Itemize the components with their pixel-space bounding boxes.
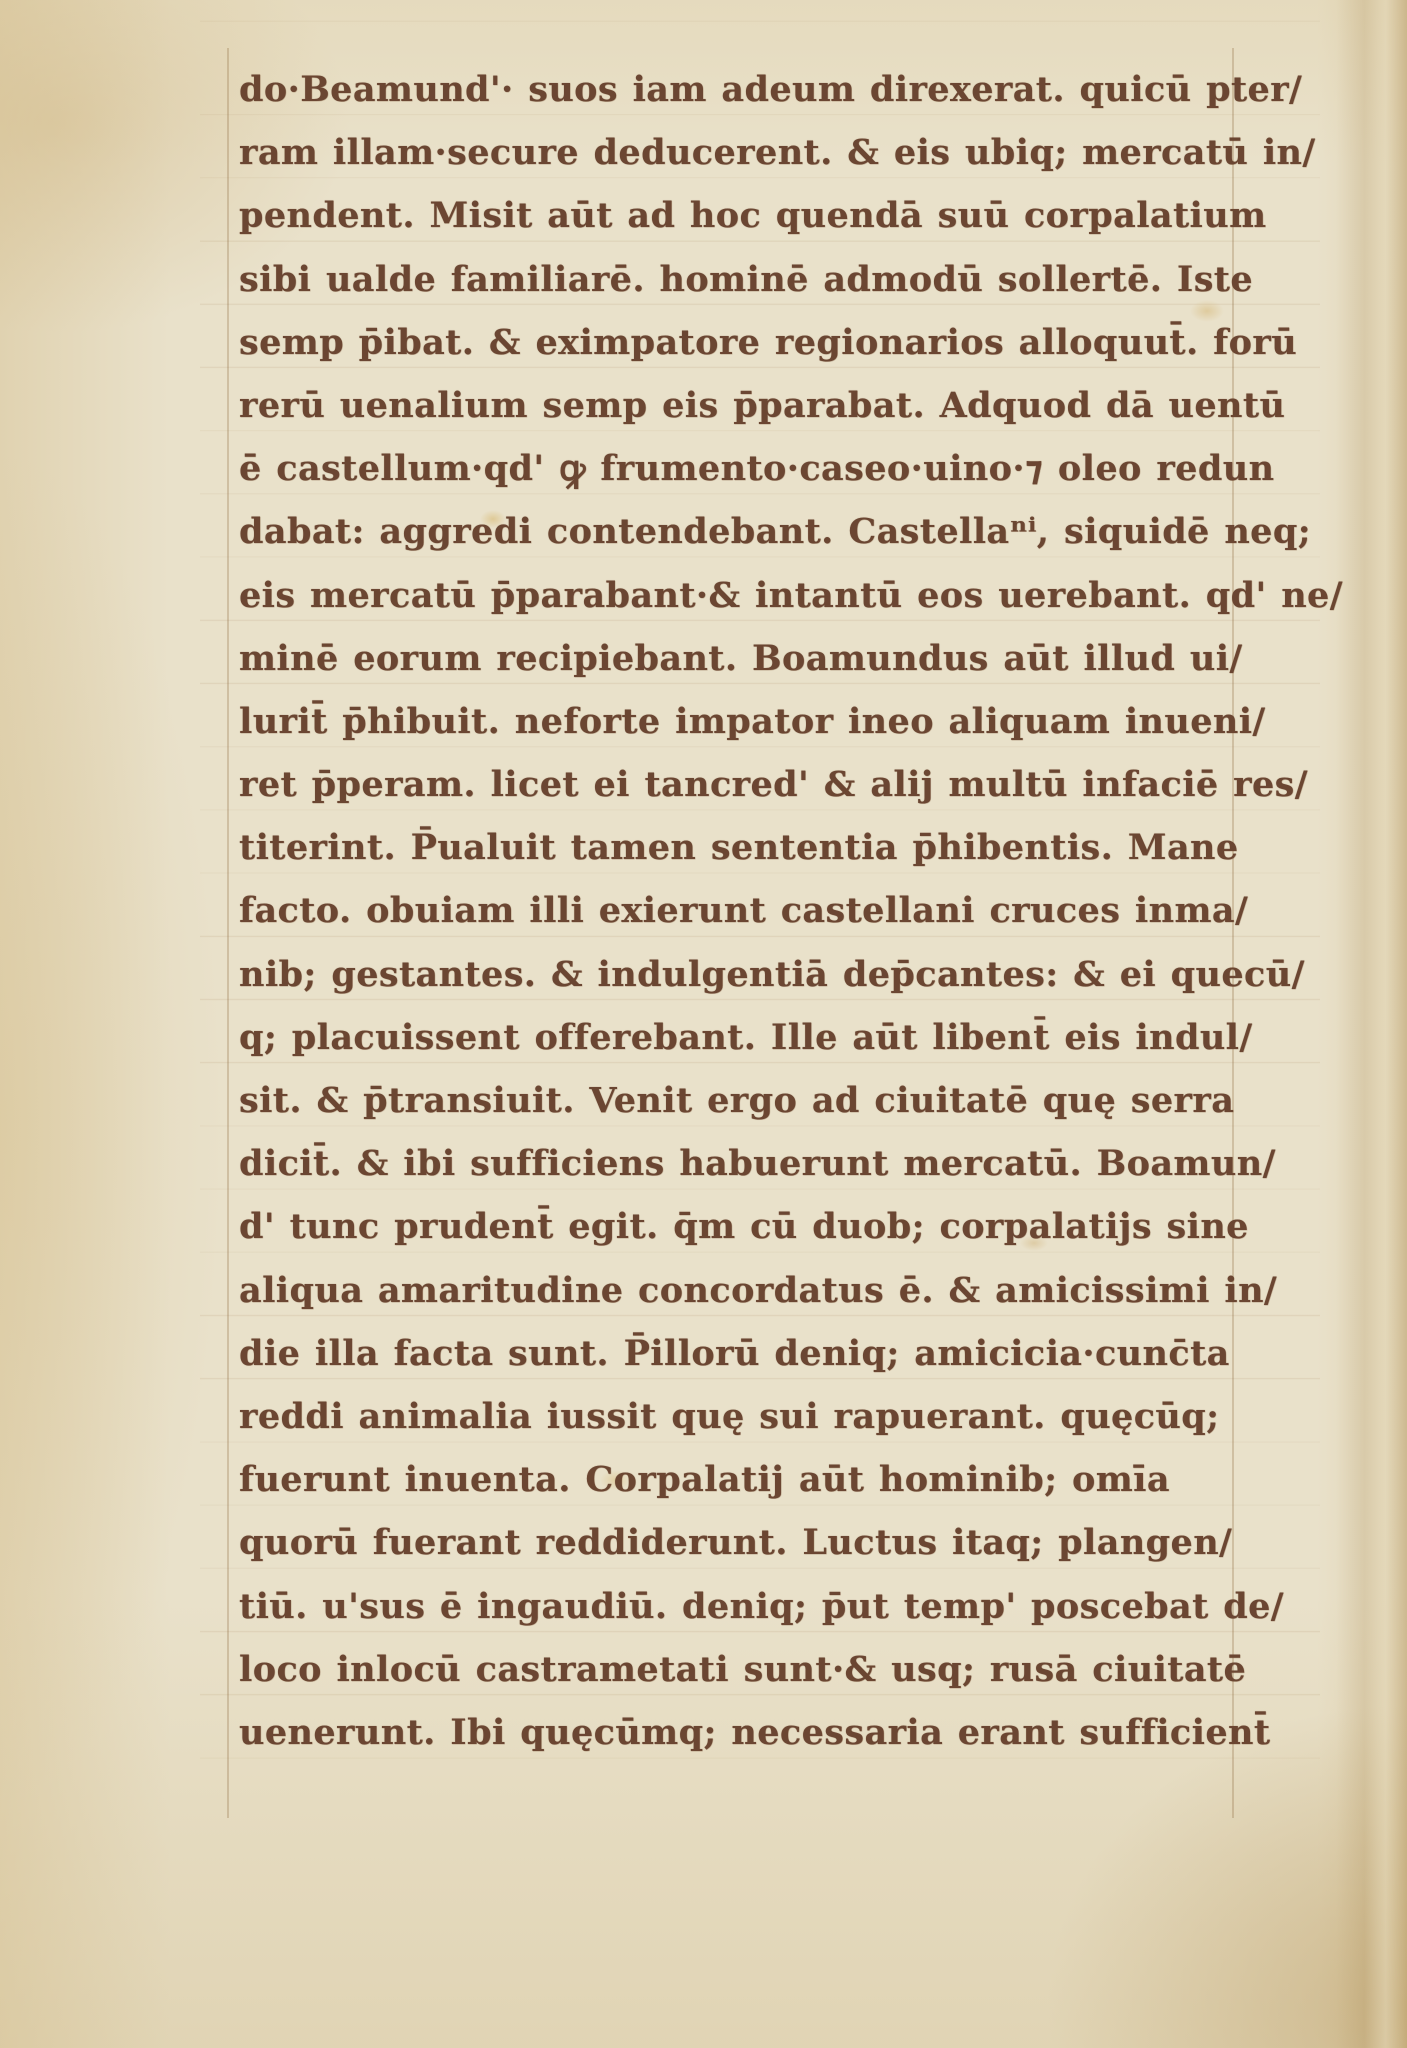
manuscript-line: tiū. u'sus ē ingaudiū. deniq; p̄ut temp'… [239, 1575, 1269, 1638]
parchment-page: do·Beamund'· suos iam adeum direxerat. q… [0, 0, 1407, 2048]
manuscript-line: minē eorum recipiebant. Boamundus aūt il… [239, 627, 1269, 690]
left-margin-rule-line [227, 48, 229, 1818]
page-edge-shading [1336, 0, 1407, 2048]
manuscript-line: ret p̄peram. licet ei tancred' & alij mu… [239, 753, 1269, 816]
manuscript-line: quorū fuerant reddiderunt. Luctus itaq; … [239, 1511, 1269, 1574]
manuscript-line: ē castellum·qd' ꝙ frumento·caseo·uino·⁊ … [239, 437, 1269, 500]
manuscript-text-block: do·Beamund'· suos iam adeum direxerat. q… [239, 58, 1269, 1764]
manuscript-line: eis mercatū p̄parabant·& intantū eos uer… [239, 564, 1269, 627]
manuscript-line: dabat: aggredi contendebant. Castellaⁿⁱ,… [239, 500, 1269, 563]
manuscript-line: aliqua amaritudine concordatus ē. & amic… [239, 1259, 1269, 1322]
manuscript-line: lurit̄ p̄hibuit. neforte impator ineo al… [239, 690, 1269, 753]
manuscript-line: pendent. Misit aūt ad hoc quendā suū cor… [239, 184, 1269, 247]
manuscript-line: rerū uenalium semp eis p̄parabat. Adquod… [239, 374, 1269, 437]
manuscript-line: sit. & p̄transiuit. Venit ergo ad ciuita… [239, 1069, 1269, 1132]
manuscript-line: uenerunt. Ibi quęcūmq; necessaria erant … [239, 1701, 1269, 1764]
manuscript-line: do·Beamund'· suos iam adeum direxerat. q… [239, 58, 1269, 121]
manuscript-line: facto. obuiam illi exierunt castellani c… [239, 879, 1269, 942]
manuscript-line: q; placuissent offerebant. Ille aūt libe… [239, 1006, 1269, 1069]
manuscript-line: nib; gestantes. & indulgentiā dep̄cantes… [239, 943, 1269, 1006]
manuscript-line: dicit̄. & ibi sufficiens habuerunt merca… [239, 1132, 1269, 1195]
manuscript-line: semp p̄ibat. & eximpatore regionarios al… [239, 311, 1269, 374]
manuscript-line: fuerunt inuenta. Corpalatij aūt hominib;… [239, 1448, 1269, 1511]
manuscript-line: ram illam·secure deducerent. & eis ubiq;… [239, 121, 1269, 184]
manuscript-line: titerint. P̄ualuit tamen sententia p̄hib… [239, 816, 1269, 879]
manuscript-line: sibi ualde familiarē. hominē admodū soll… [239, 248, 1269, 311]
manuscript-line: die illa facta sunt. P̄illorū deniq; ami… [239, 1322, 1269, 1385]
manuscript-line: d' tunc prudent̄ egit. q̄m cū duob; corp… [239, 1195, 1269, 1258]
manuscript-line: loco inlocū castrametati sunt·& usq; rus… [239, 1638, 1269, 1701]
manuscript-line: reddi animalia iussit quę sui rapuerant.… [239, 1385, 1269, 1448]
